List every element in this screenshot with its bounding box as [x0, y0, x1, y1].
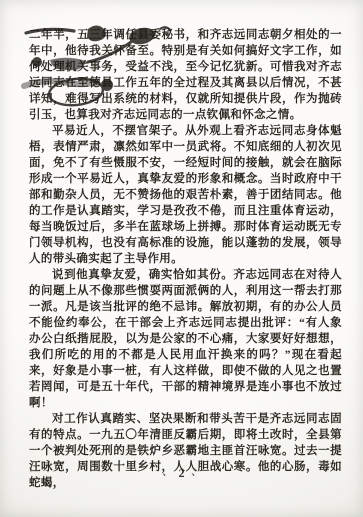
body-text: 二年半，五三年调任县委秘书，和齐志远同志朝夕相处的一年中，他待我关怀备至。特别是… — [29, 27, 342, 491]
paragraph: 说到他真挚友爱，确实恰如其份。齐志远同志在对待人的问题上从不像那些惯耍两面派俩的… — [29, 267, 342, 411]
page-number: 2 — [179, 466, 185, 480]
paragraph: 平易近人，不摆官架子。从外观上看齐志远同志身体魁梧，表情严肃，凛然如军中一员武将… — [29, 123, 342, 267]
footer-right-mark: 、 — [192, 465, 201, 478]
page-footer: 、2、 — [0, 466, 363, 481]
paragraph-continuation: 二年半，五三年调任县委秘书，和齐志远同志朝夕相处的一年中，他待我关怀备至。特别是… — [29, 27, 342, 123]
scanned-book-page: 二年半，五三年调任县委秘书，和齐志远同志朝夕相处的一年中，他待我关怀备至。特别是… — [0, 0, 363, 517]
footer-left-mark: 、 — [162, 465, 171, 478]
